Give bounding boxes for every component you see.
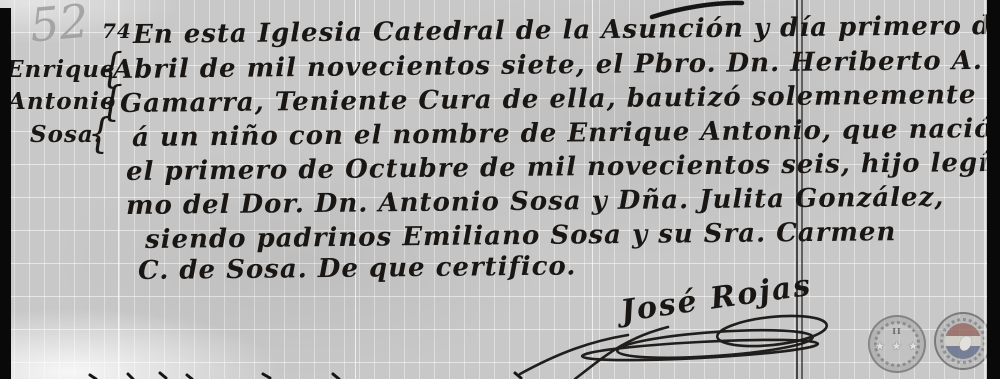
priest-signature: José Rojas [619, 271, 814, 328]
pencil-folio-number: 52 [28, 0, 90, 48]
document-scan: 52 74 Enrique Antonio Sosa. { { { En est… [0, 0, 1000, 379]
record-text-line: el primero de Octubre de mil novecientos… [126, 149, 1000, 185]
page-edge-highlight [984, 0, 986, 379]
seal-stars-icon: ★ ★ ★ [870, 339, 924, 353]
record-text-line: á un niño con el nombre de Enrique Anton… [132, 116, 993, 151]
record-text-line: siendo padrinos Emiliano Sosa y su Sra. … [145, 219, 897, 253]
record-text-line: Abril de mil novecientos siete, el Pbro.… [113, 48, 983, 83]
entry-number: 74 [102, 21, 132, 41]
archive-seal-stars: II ★ ★ ★ [868, 315, 926, 373]
scan-edge-right [987, 0, 1000, 379]
record-text-line: C. de Sosa. De que certifico. [138, 253, 577, 284]
scan-edge-left [0, 8, 11, 379]
record-text-line: En esta Iglesia Catedral de la Asunción … [133, 13, 1000, 48]
margin-brace: { [88, 114, 112, 155]
record-text-line: mo del Dor. Dn. Antonio Sosa y Dña. Juli… [126, 184, 945, 219]
record-text-line: Gamarra, Teniente Cura de ella, bautizó … [120, 82, 977, 117]
next-entry-ink-marks [90, 373, 521, 379]
seal-ring-text [940, 318, 986, 364]
seal-numeral: II [870, 326, 924, 336]
